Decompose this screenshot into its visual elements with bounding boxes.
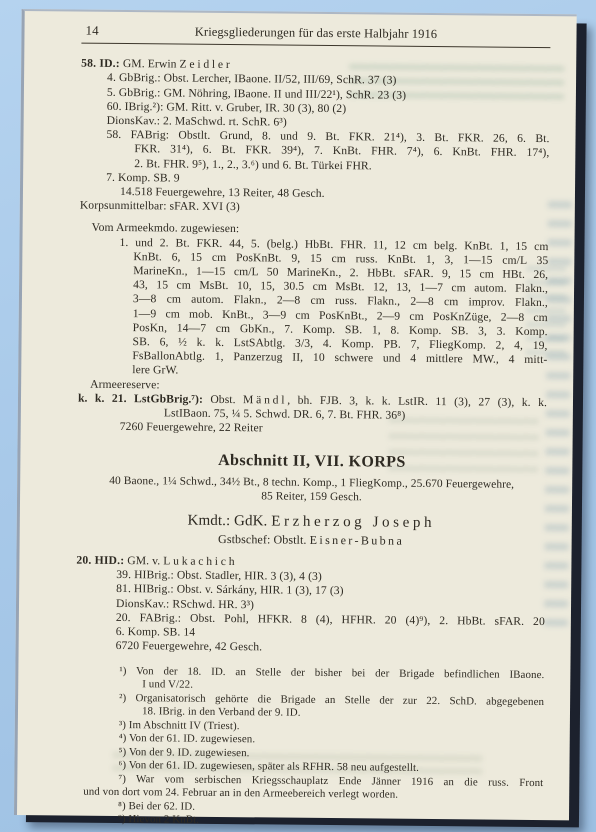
chief-of-staff-line: Gstbschef: Obstlt. Eisner-Bubna xyxy=(77,531,546,550)
division-20-entry: 20. HID.: GM. v. Lukachich 39. HIBrig.: … xyxy=(76,554,546,658)
brigade-label: k. k. 21. LstGbBrig.⁷): xyxy=(78,391,203,405)
korps-label: Korpsunmittelbar: xyxy=(80,199,167,213)
korps-value: sFAR. XVI (3) xyxy=(170,200,240,214)
brigade-commander-name: Mändl xyxy=(243,393,287,406)
footnote-line: ⁹) Hievon 2 KnBt. xyxy=(118,813,543,831)
division-20-commander-name: Lukachich xyxy=(163,555,237,569)
footnotes-block: ¹) Von der 18. ID. an Stelle der bisher … xyxy=(74,664,545,830)
division-20-label: 20. HID.: xyxy=(76,554,124,567)
page-content: 14 Kriegsgliederungen für das erste Halb… xyxy=(17,11,577,820)
armeekmdo-paragraph: 1. und 2. Bt. FKR. 44, 5. (belg.) HbBt. … xyxy=(78,235,548,382)
section-heading: Abschnitt II, VII. KORPS xyxy=(77,450,546,474)
brigade-post-name: , bh. FJB. 3, k. k. LstIR. 11 (3), 27 (3… xyxy=(287,393,547,408)
commander-line: Kmdt.: GdK. Erzherzog Joseph xyxy=(77,512,546,534)
scan-background: { "colors":{"background_blue":"#a8c9e9",… xyxy=(0,0,596,832)
chief-name: Eisner-Bubna xyxy=(310,533,405,548)
division-20-commander-prefix: GM. v. xyxy=(127,554,160,567)
book-page: 14 Kriegsgliederungen für das erste Halb… xyxy=(14,9,577,820)
text-line: 7260 Feuergewehre, 22 Reiter xyxy=(120,420,547,438)
division-58-label: 58. ID.: xyxy=(81,57,120,70)
page-header: 14 Kriegsgliederungen für das erste Halb… xyxy=(81,24,550,49)
unit-line: 6720 Feuergewehre, 42 Gesch. xyxy=(116,639,545,657)
division-58-commander-prefix: GM. Erwin xyxy=(123,57,177,71)
division-58-entry: 58. ID.: GM. Erwin Zeidler 4. GbBrig.: O… xyxy=(80,57,550,204)
armeereserve-entry: k. k. 21. LstGbBrig.⁷): Obst. Mändl, bh.… xyxy=(78,391,547,438)
running-title: Kriegsgliederungen für das erste Halbjah… xyxy=(195,25,437,41)
kmdt-name: Erzherzog Joseph xyxy=(271,514,435,532)
page-number: 14 xyxy=(85,24,98,38)
brigade-pre-name: Obst. xyxy=(210,393,235,406)
division-58-commander-name: Zeidler xyxy=(180,58,233,72)
kmdt-label: Kmdt.: GdK. xyxy=(187,513,267,530)
chief-label: Gstbschef: Obstlt. xyxy=(218,532,307,547)
